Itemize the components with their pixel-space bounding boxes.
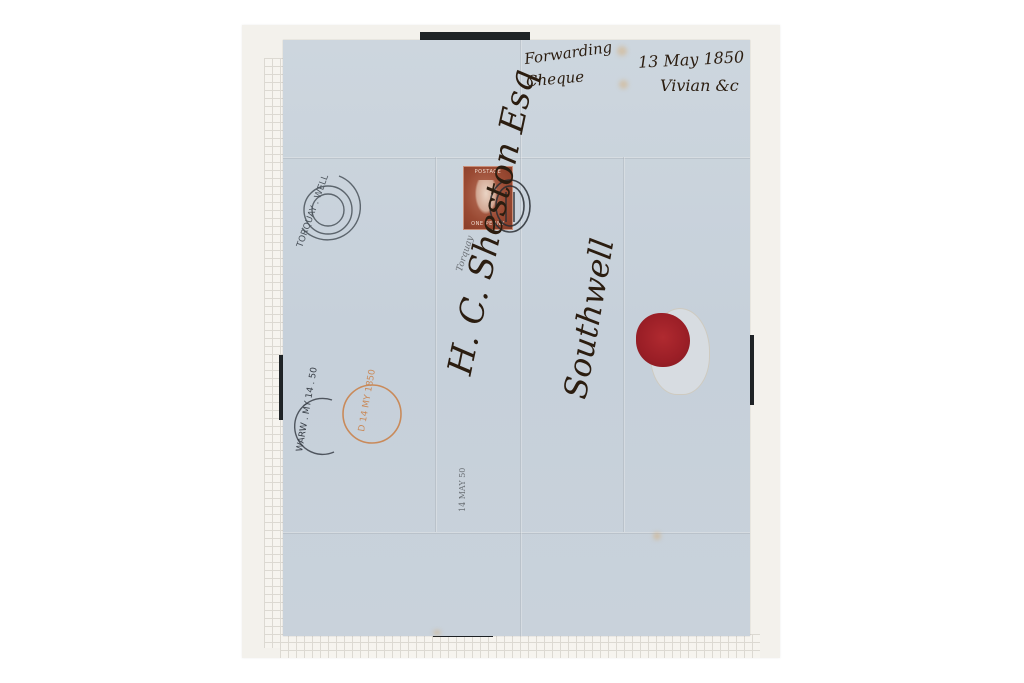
- svg-text:TORQUAY . WELL: TORQUAY . WELL: [295, 174, 331, 250]
- fold-line: [623, 157, 625, 532]
- docket-right-line2: Vivian &c: [660, 76, 739, 95]
- graph-paper-margin: [264, 58, 284, 648]
- foxing-stain: [617, 46, 627, 56]
- mount-strip-top: [420, 32, 530, 40]
- red-wax-seal: [636, 313, 690, 367]
- fold-line: [283, 532, 750, 534]
- foxing-stain: [433, 630, 441, 635]
- foxing-stain: [653, 532, 661, 540]
- red-date-postmark-icon: D 14 MY 1850: [340, 382, 404, 446]
- fold-line: [435, 157, 437, 532]
- foxing-stain: [619, 80, 628, 89]
- pencil-note-date: 14 MAY 50: [458, 468, 467, 512]
- graph-paper-bottom: [280, 634, 760, 658]
- warwick-postmark-icon: WARW . MY 14 . 50: [284, 392, 344, 462]
- torquay-postmark-icon: TORQUAY . WELL: [294, 168, 364, 258]
